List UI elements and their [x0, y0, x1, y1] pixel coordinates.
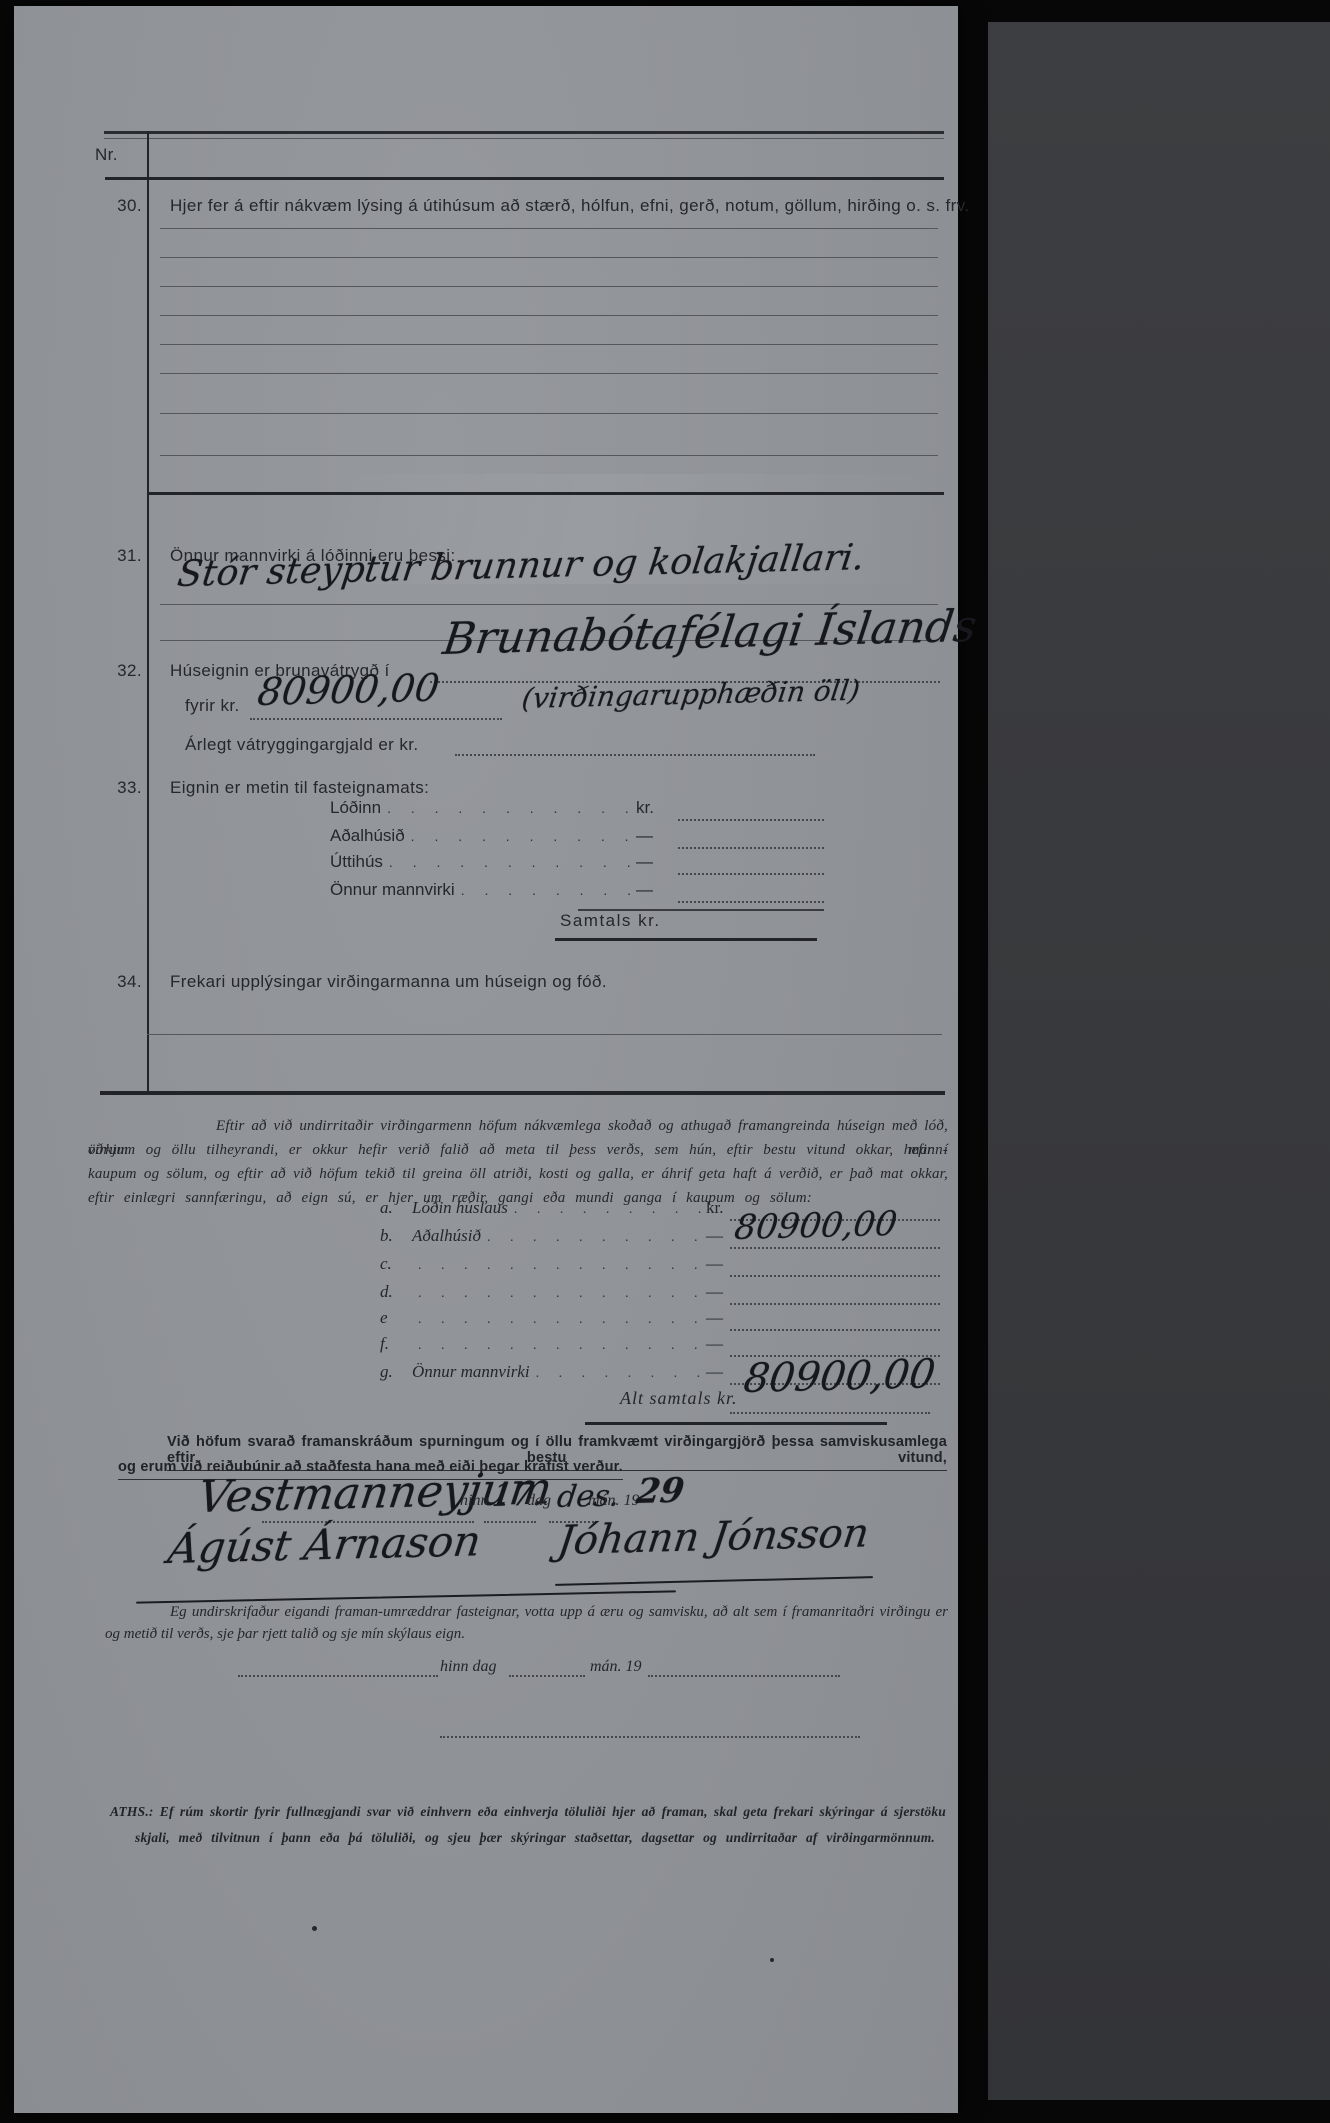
dot-leader: . . . . . . . . . . . . . . . . . . . . … — [412, 1258, 706, 1274]
blank-ruled-line — [160, 373, 938, 374]
total-dotted-line — [730, 1412, 930, 1414]
owner-year-dotted-line — [648, 1675, 840, 1677]
top-rule — [104, 131, 944, 134]
valuation-row-c: c. . . . . . . . . . . . . . . . . . . .… — [380, 1254, 750, 1274]
valuation-row-e: e . . . . . . . . . . . . . . . . . . . … — [380, 1308, 750, 1328]
assessment-row-uttihus: Úttihús . . . . . . . . . . . . . . . . … — [330, 852, 680, 872]
row-name: Lóðin húslaus — [412, 1198, 508, 1218]
owner-day-dotted-line — [509, 1675, 585, 1677]
row-unit: kr. — [636, 798, 680, 818]
assessment-row-adalhusid: Aðalhúsið . . . . . . . . . . . . . . . … — [330, 826, 680, 846]
handwritten-total-value: 80900,00 — [741, 1351, 938, 1402]
owner-man-19-label: mán. 19 — [590, 1658, 642, 1676]
row-letter: a. — [380, 1198, 412, 1218]
blank-ruled-line — [147, 1034, 942, 1035]
item-34-label: Frekari upplýsingar virðingarmanna um hú… — [170, 972, 607, 992]
blank-ruled-line — [160, 455, 938, 456]
handwritten-insurer: Brunabótafélagi Íslands — [440, 601, 980, 665]
row-unit: — — [636, 852, 680, 872]
dot-leader: . . . . . . . . . . . . . . . . . . . . … — [481, 1230, 706, 1246]
blank-ruled-line — [160, 228, 938, 229]
row-name: Úttihús — [330, 852, 383, 872]
valuation-paragraph-line2: virkjum og öllu tilheyrandi, er okkur he… — [88, 1138, 948, 1162]
row-unit: — — [706, 1282, 750, 1302]
item-30-number: 30. — [96, 196, 142, 216]
item-31-number: 31. — [96, 546, 142, 566]
item-30-label: Hjer fer á eftir nákvæm lýsing á útihúsu… — [170, 196, 969, 216]
scanned-document: Nr. 30. Hjer fer á eftir nákvæm lýsing á… — [0, 0, 1330, 2123]
total-label: Alt samtals kr. — [620, 1388, 738, 1409]
handwritten-insured-amount: 80900,00 — [255, 665, 442, 714]
aths-note-line2: skjali, með tilvitnun í þann eða þá tölu… — [135, 1830, 935, 1846]
row-unit: — — [706, 1308, 750, 1328]
total-rule — [585, 1422, 887, 1425]
value-dotted-line — [730, 1247, 940, 1249]
dot-leader: . . . . . . . . . . . . . . . . . . . . … — [405, 828, 636, 844]
hinn-label: hinn — [460, 1492, 488, 1510]
ink-spot — [312, 1926, 317, 1931]
dot-leader: . . . . . . . . . . . . . . . . . . . . … — [383, 854, 636, 870]
dot-leader: . . . . . . . . . . . . . . . . . . . . … — [530, 1366, 706, 1382]
scanner-background — [988, 22, 1330, 2100]
blank-ruled-line — [160, 257, 938, 258]
owner-hinn-dag-label: hinn dag — [440, 1658, 496, 1676]
value-dotted-line — [730, 1275, 940, 1277]
form-page: Nr. 30. Hjer fer á eftir nákvæm lýsing á… — [14, 6, 958, 2113]
aths-note-line1: ATHS.: Ef rúm skortir fyrir fullnægjandi… — [110, 1804, 946, 1820]
row-letter: b. — [380, 1226, 412, 1246]
value-dotted-line — [678, 901, 824, 903]
handwritten-main-house-value: 80900,00 — [732, 1204, 900, 1248]
row-name: Önnur mannvirki — [330, 880, 455, 900]
table-bottom-rule — [100, 1091, 945, 1095]
section-rule — [147, 492, 944, 495]
day-dotted-line — [484, 1521, 536, 1523]
assessment-row-lodinn: Lóðinn . . . . . . . . . . . . . . . . .… — [330, 798, 680, 818]
blank-ruled-line — [160, 413, 938, 414]
row-name: Lóðinn — [330, 798, 381, 818]
dot-leader: . . . . . . . . . . . . . . . . . . . . … — [412, 1338, 706, 1354]
valuation-paragraph-line3: kaupum og sölum, og eftir að við höfum t… — [88, 1162, 948, 1186]
item-33-number: 33. — [96, 778, 142, 798]
blank-ruled-line — [160, 315, 938, 316]
nr-label: Nr. — [95, 145, 118, 165]
dag-label: dag — [527, 1492, 551, 1510]
value-dotted-line — [678, 819, 824, 821]
value-dotted-line — [730, 1303, 940, 1305]
column-divider — [147, 131, 149, 1093]
annual-premium-dotted-line — [455, 754, 815, 756]
samtals-label: Samtals kr. — [560, 911, 661, 931]
annual-premium-label: Árlegt vátryggingargjald er kr. — [185, 735, 419, 755]
row-name: Aðalhúsið — [412, 1226, 481, 1246]
valuation-row-a: a. Lóðin húslaus . . . . . . . . . . . .… — [380, 1198, 750, 1218]
item-33-label: Eignin er metin til fasteignamats: — [170, 778, 429, 798]
row-unit: — — [706, 1254, 750, 1274]
fyrir-kr-label: fyrir kr. — [185, 696, 240, 716]
owner-place-dotted-line — [238, 1675, 438, 1677]
amount-dotted-line — [250, 718, 502, 720]
samtals-rule — [555, 938, 817, 941]
value-dotted-line — [730, 1329, 940, 1331]
row-letter: f. — [380, 1334, 412, 1354]
handwritten-amount-note: (virðingarupphæðin öll) — [520, 674, 862, 715]
row-unit: — — [706, 1334, 750, 1354]
row-letter: g. — [380, 1362, 412, 1382]
row-letter: e — [380, 1308, 412, 1328]
top-rule-thin — [104, 138, 944, 139]
row-name: Önnur mannvirki — [412, 1362, 530, 1382]
blank-ruled-line — [160, 286, 938, 287]
owner-attestation-line2: og metið til verðs, sje þar rjett talið … — [105, 1626, 465, 1643]
owner-attestation-line1: Eg undirskrifaður eigandi framan-umræddr… — [118, 1600, 948, 1624]
dot-leader: . . . . . . . . . . . . . . . . . . . . … — [412, 1286, 706, 1302]
valuation-row-b: b. Aðalhúsið . . . . . . . . . . . . . .… — [380, 1226, 750, 1246]
assessment-row-onnur-mannvirki: Önnur mannvirki . . . . . . . . . . . . … — [330, 880, 680, 900]
row-unit: — — [636, 880, 680, 900]
item-34-number: 34. — [96, 972, 142, 992]
handwritten-year: 29 — [634, 1471, 687, 1512]
valuer-signature-left: Ágúst Árnason — [165, 1516, 484, 1573]
value-dotted-line — [678, 847, 824, 849]
signature-flourish-right — [555, 1576, 873, 1585]
valuation-row-g: g. Önnur mannvirki . . . . . . . . . . .… — [380, 1362, 750, 1382]
row-letter: d. — [380, 1282, 412, 1302]
man-19-label: mán. 19 — [588, 1492, 640, 1510]
item-32-number: 32. — [96, 661, 142, 681]
dot-leader: . . . . . . . . . . . . . . . . . . . . … — [381, 800, 636, 816]
value-dotted-line — [678, 873, 824, 875]
valuer-signature-right: Jóhann Jónsson — [555, 1510, 872, 1564]
dot-leader: . . . . . . . . . . . . . . . . . . . . … — [412, 1312, 706, 1328]
dot-leader: . . . . . . . . . . . . . . . . . . . . … — [508, 1202, 706, 1218]
valuation-row-d: d. . . . . . . . . . . . . . . . . . . .… — [380, 1282, 750, 1302]
row-unit: — — [636, 826, 680, 846]
header-bottom-rule — [105, 177, 944, 180]
owner-signature-dotted-line — [440, 1736, 860, 1738]
ink-spot — [770, 1958, 774, 1962]
valuation-row-f: f. . . . . . . . . . . . . . . . . . . .… — [380, 1334, 750, 1354]
dot-leader: . . . . . . . . . . . . . . . . . . . . … — [455, 882, 636, 898]
blank-ruled-line — [160, 344, 938, 345]
row-letter: c. — [380, 1254, 412, 1274]
row-name: Aðalhúsið — [330, 826, 405, 846]
